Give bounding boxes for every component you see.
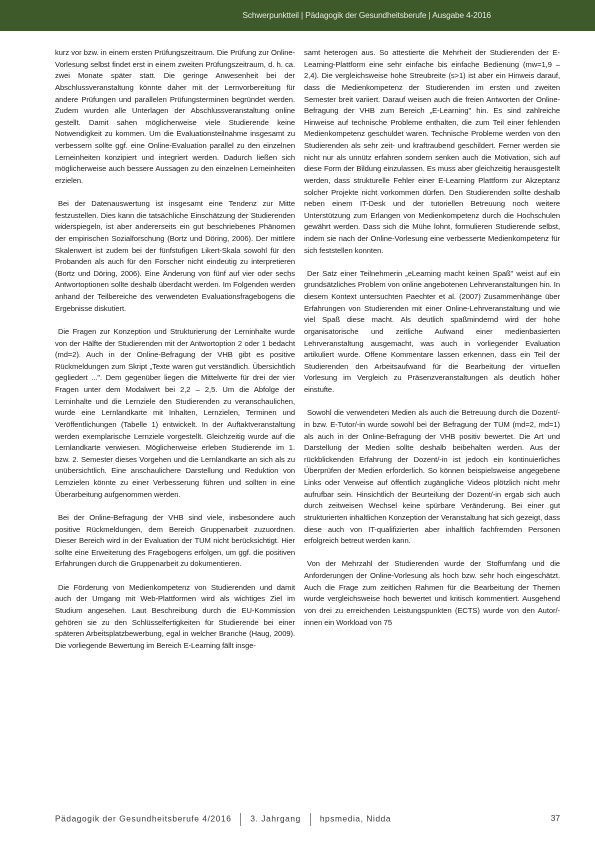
body-paragraph: Sowohl die verwendeten Medien als auch d… [304, 407, 560, 547]
body-paragraph: samt heterogen aus. So attestierte die M… [304, 47, 560, 256]
body-paragraph: Bei der Datenauswertung ist insgesamt ei… [55, 198, 295, 314]
body-paragraph: Der Satz einer Teilnehmerin „eLearning m… [304, 268, 560, 396]
footer-divider [310, 813, 311, 826]
running-header-bar: Schwerpunktteil | Pädagogik der Gesundhe… [0, 0, 595, 31]
body-paragraph: Bei der Online-Befragung der VHB sind vi… [55, 512, 295, 570]
body-paragraph: kurz vor bzw. in einem ersten Prüfungsze… [55, 47, 295, 187]
footer-journal-title: Pädagogik der Gesundheitsberufe 4/2016 [55, 814, 231, 824]
body-paragraph: Von der Mehrzahl der Studierenden wurde … [304, 558, 560, 628]
body-paragraph: Die Förderung von Medienkompetenz von St… [55, 582, 295, 652]
footer-publisher: hpsmedia, Nidda [320, 814, 391, 824]
running-header-title: Schwerpunktteil | Pädagogik der Gesundhe… [243, 11, 491, 20]
footer-divider [240, 813, 241, 826]
page-footer: Pädagogik der Gesundheitsberufe 4/20163.… [55, 813, 560, 827]
page-number: 37 [551, 813, 560, 823]
right-text-column: samt heterogen aus. So attestierte die M… [304, 47, 560, 640]
left-text-column: kurz vor bzw. in einem ersten Prüfungsze… [55, 47, 295, 663]
body-paragraph: Die Fragen zur Konzeption und Strukturie… [55, 326, 295, 500]
footer-volume: 3. Jahrgang [250, 814, 300, 824]
